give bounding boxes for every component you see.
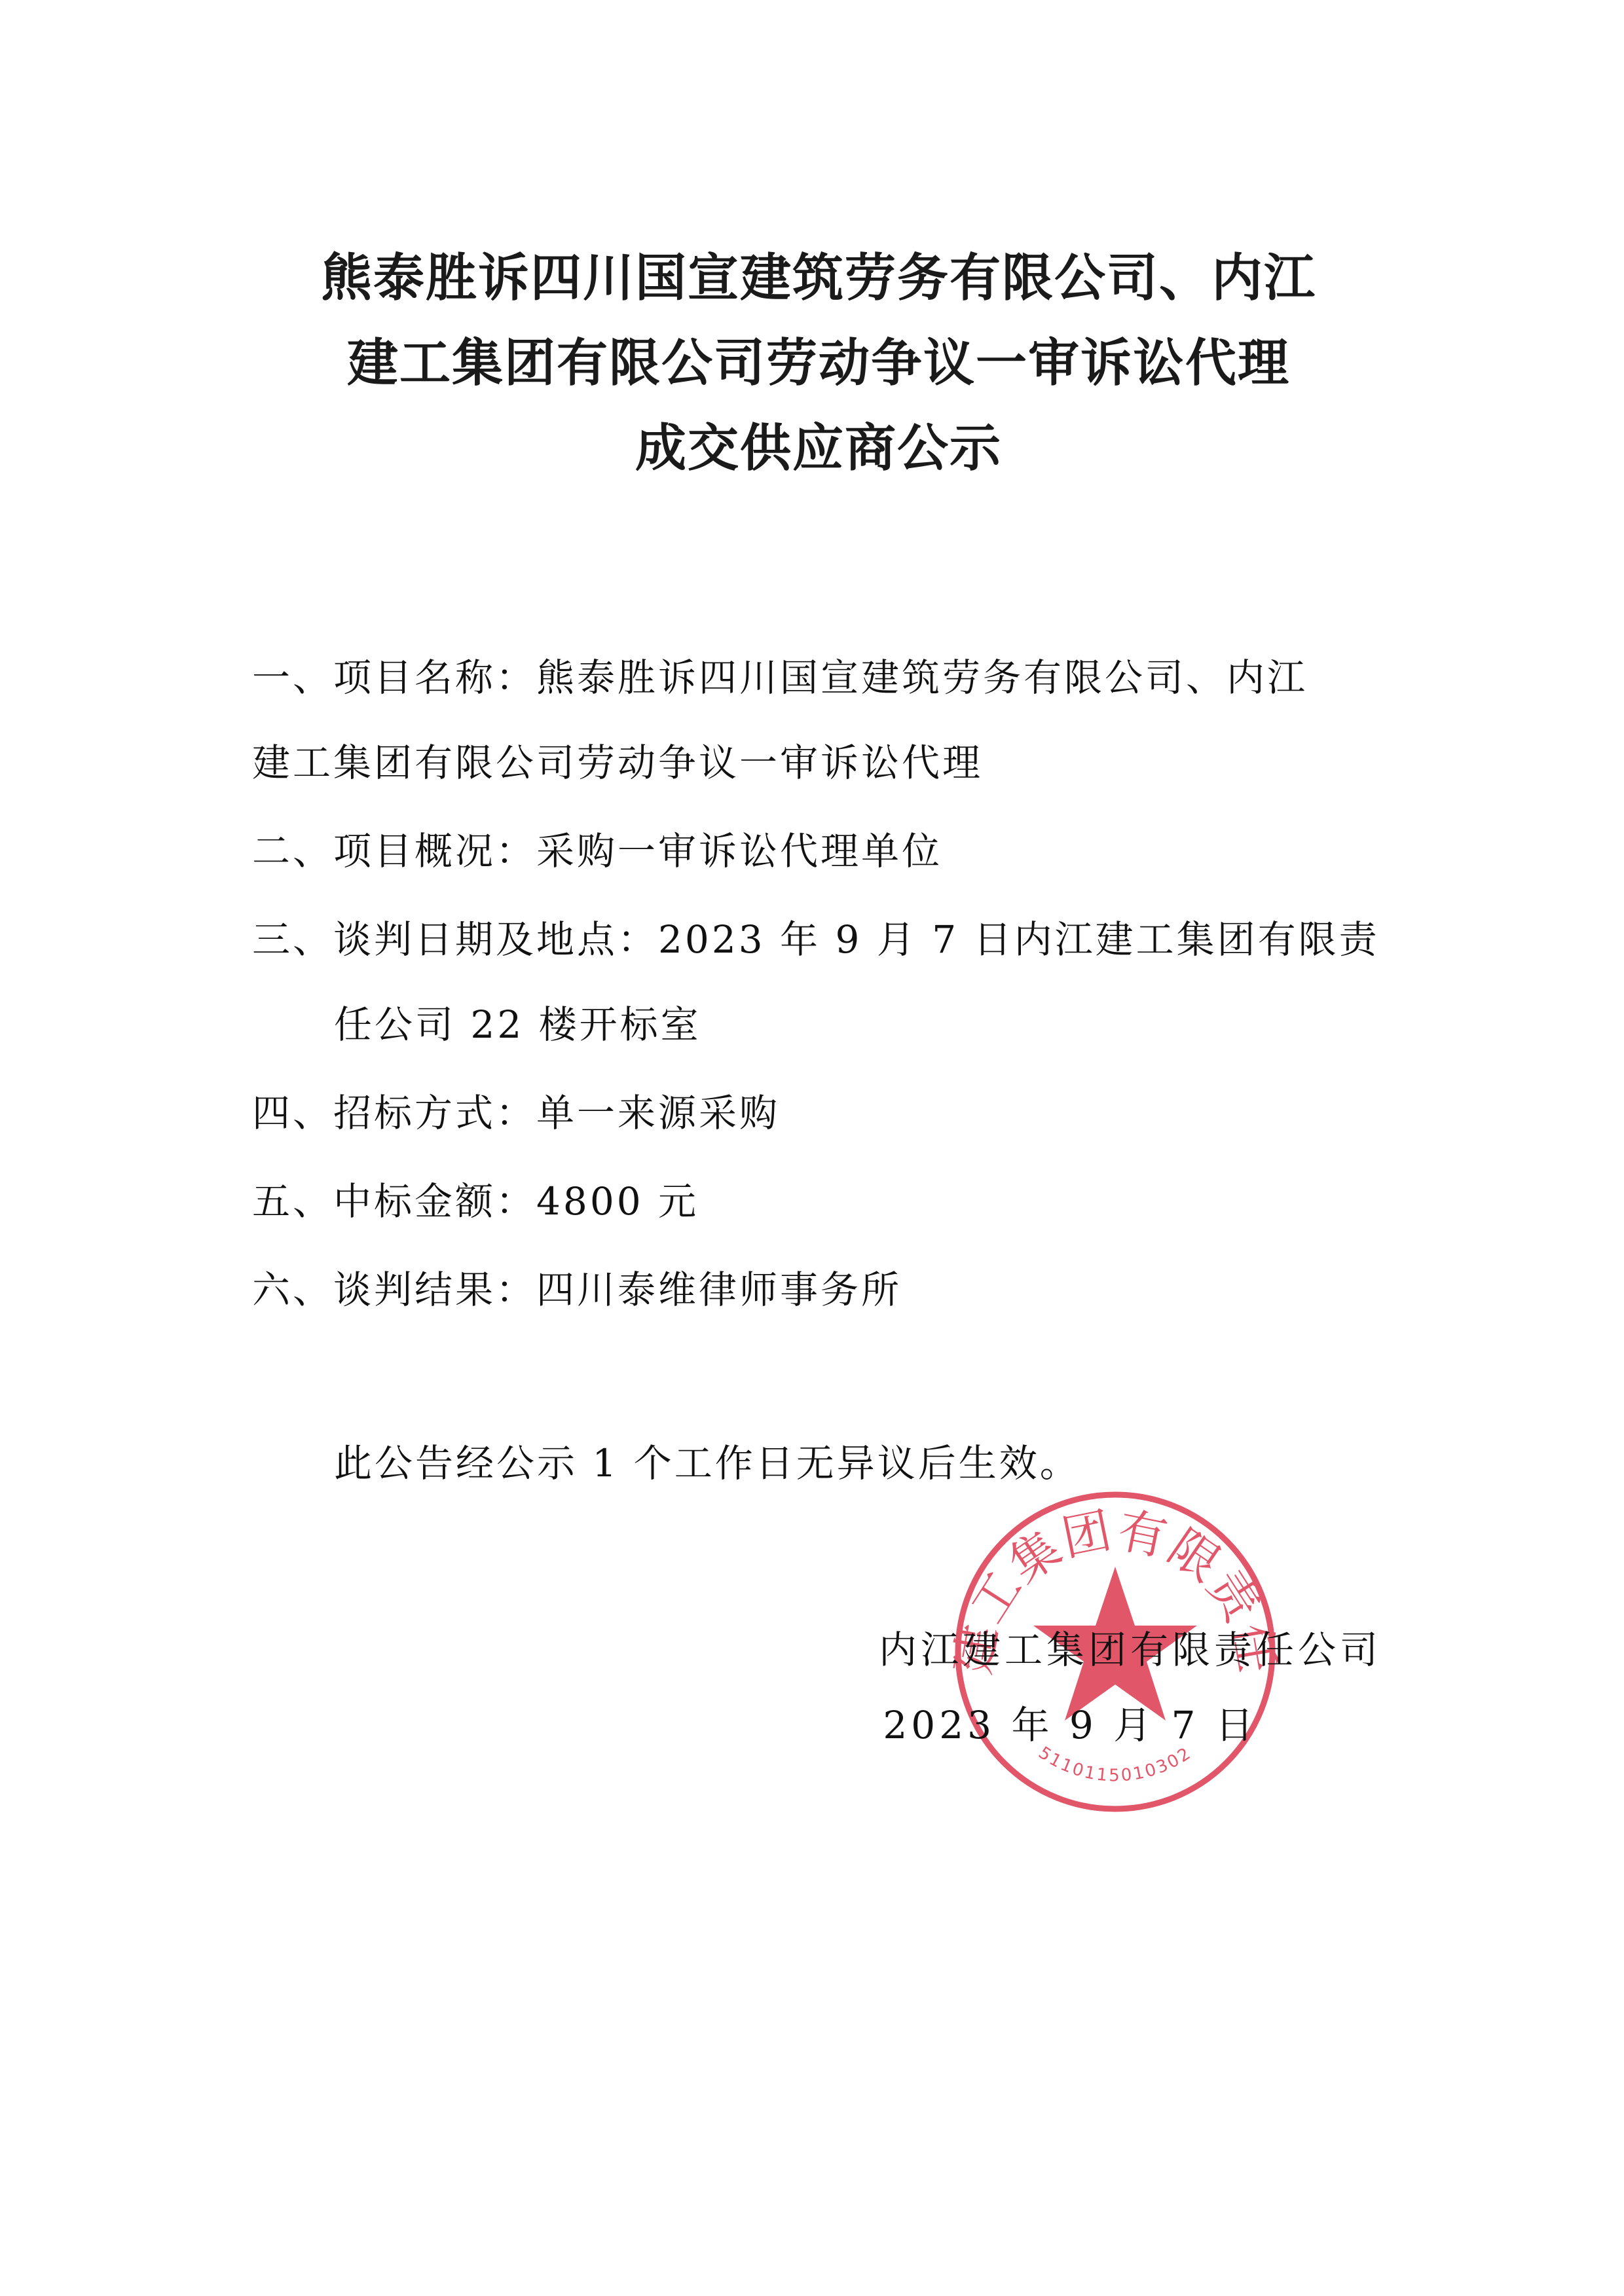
item-label: 二、项目概况： — [252, 829, 536, 873]
item-label: 五、中标金额： — [252, 1179, 536, 1224]
title-line-3: 成交供应商公示 — [242, 406, 1395, 491]
item-bidding-method: 四、招标方式：单一来源采购 — [252, 1087, 780, 1139]
item-negotiation-result: 六、谈判结果：四川泰维律师事务所 — [252, 1264, 902, 1316]
item-negotiation-date-place: 三、谈判日期及地点：2023 年 9 月 7 日内江建工集团有限责 — [252, 913, 1380, 966]
item-value: 单一来源采购 — [536, 1091, 780, 1135]
item-value: 2023 年 9 月 7 日内江建工集团有限责 — [658, 917, 1380, 962]
item-label: 三、谈判日期及地点： — [252, 917, 658, 962]
effective-notice: 此公告经公示 1 个工作日无异议后生效。 — [334, 1437, 1080, 1489]
item-value: 四川泰维律师事务所 — [536, 1267, 902, 1312]
item-label: 一、项目名称： — [252, 655, 536, 700]
item-value: 熊泰胜诉四川国宣建筑劳务有限公司、内江 — [536, 655, 1308, 700]
title-line-2: 建工集团有限公司劳动争议一审诉讼代理 — [242, 321, 1395, 406]
item-value: 采购一审诉讼代理单位 — [536, 829, 942, 873]
item-label: 四、招标方式： — [252, 1091, 536, 1135]
item-negotiation-date-place-continuation: 任公司 22 楼开标室 — [334, 998, 701, 1051]
item-label: 六、谈判结果： — [252, 1267, 536, 1312]
item-value: 4800 元 — [536, 1179, 699, 1224]
item-project-overview: 二、项目概况：采购一审诉讼代理单位 — [252, 825, 942, 877]
item-project-name-continuation: 建工集团有限公司劳动争议一审诉讼代理 — [252, 737, 983, 789]
document-page: 熊泰胜诉四川国宣建筑劳务有限公司、内江 建工集团有限公司劳动争议一审诉讼代理 成… — [0, 0, 1624, 2296]
document-title: 熊泰胜诉四川国宣建筑劳务有限公司、内江 建工集团有限公司劳动争议一审诉讼代理 成… — [242, 236, 1395, 491]
signature-company: 内江建工集团有限责任公司 — [879, 1624, 1382, 1676]
signature-date: 2023 年 9 月 7 日 — [883, 1699, 1257, 1751]
item-project-name: 一、项目名称：熊泰胜诉四川国宣建筑劳务有限公司、内江 — [252, 651, 1308, 704]
title-line-1: 熊泰胜诉四川国宣建筑劳务有限公司、内江 — [242, 236, 1395, 321]
item-winning-amount: 五、中标金额：4800 元 — [252, 1175, 699, 1228]
